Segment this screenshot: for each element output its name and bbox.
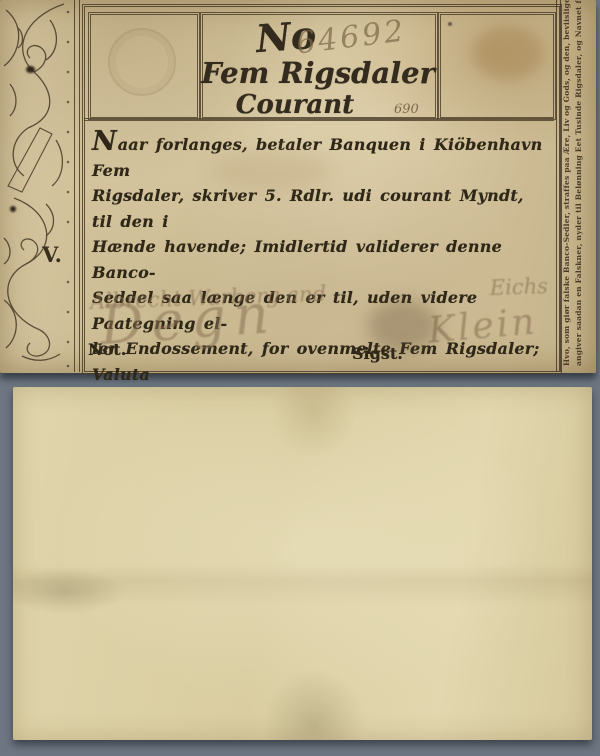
banknote-front: V. No 64692 Fem Rigsdaler Courant 690 Na… [0,0,596,373]
ornament-divider-line [74,0,80,372]
header-right-panel [438,12,556,120]
ink-speck [448,22,452,26]
body-line: Rigsdaler, skriver 5. Rdlr. udi courant … [92,183,548,234]
sigst-label: Sigst. [352,344,403,363]
photo-backdrop: V. No 64692 Fem Rigsdaler Courant 690 Na… [0,0,600,756]
currency-script: Courant [190,90,400,120]
signature-top-right: Eichs [489,274,548,300]
side-warning-line-2: angiver saadan en Falskner, nyder til Be… [574,10,583,366]
denomination-script: Fem Rigsdaler [188,56,448,90]
warning-strip-divider-line [556,0,561,372]
control-number: 690 [394,102,419,117]
ink-speck [10,206,16,212]
body-drop-cap: N [92,126,118,157]
banknote-back [13,387,592,740]
denomination-numeral: V. [42,242,62,267]
blind-stamp-seal [108,28,176,96]
side-warning-line-1: Hvo, som giør falske Banco-Sedler, straf… [562,10,571,366]
notary-label: Not. [88,340,126,359]
ink-speck [26,66,35,73]
body-line-text: aar forlanges, betaler Banquen i Kiöbenh… [92,135,551,180]
body-line: Naar forlanges, betaler Banquen i Kiöben… [92,129,548,183]
acanthus-ornament-graphic [0,0,72,372]
